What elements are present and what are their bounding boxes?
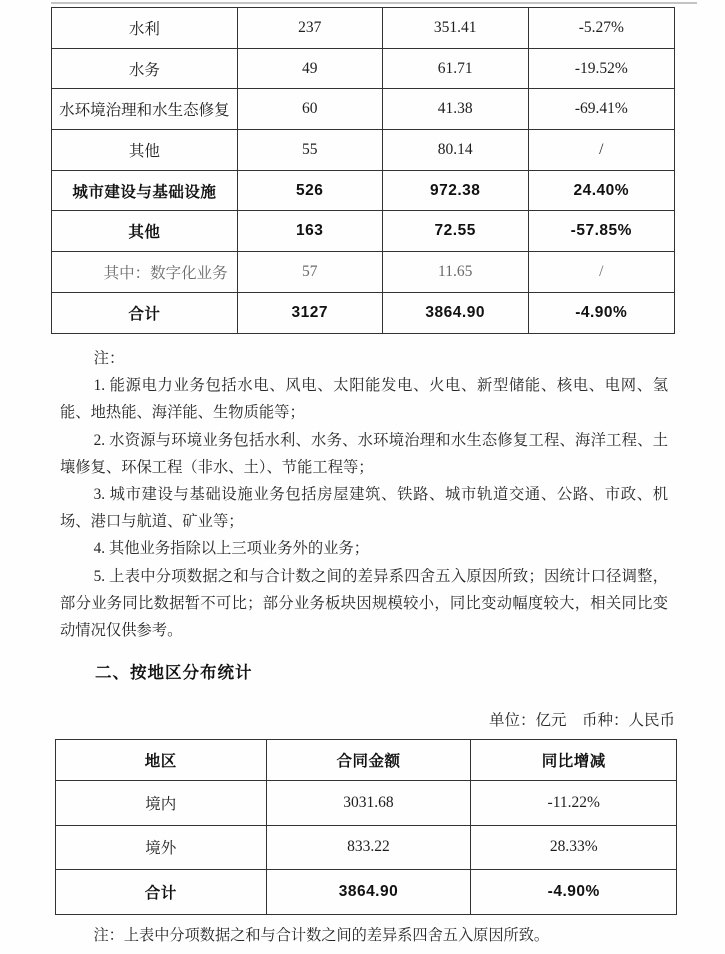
table-row: 合计 3864.90 -4.90% — [56, 870, 677, 915]
segment-yoy: -19.52% — [528, 48, 674, 89]
table-row: 水利 237 351.41 -5.27% — [52, 8, 675, 49]
segment-amount: 972.38 — [382, 170, 528, 211]
segment-amount: 11.65 — [382, 252, 528, 293]
table1-notes: 注： 1. 能源电力业务包括水电、风电、太阳能发电、火电、新型储能、核电、电网、… — [60, 345, 668, 644]
table-row: 合计 3127 3864.90 -4.90% — [52, 292, 675, 333]
region-amount: 3864.90 — [266, 870, 471, 915]
table-header-row: 地区 合同金额 同比增减 — [56, 740, 677, 781]
segment-label: 其中：数字化业务 — [52, 252, 238, 293]
table-row: 其他 55 80.14 / — [52, 130, 675, 171]
notes-label: 注： — [60, 345, 668, 372]
table-row: 其他 163 72.55 -57.85% — [52, 211, 675, 252]
table2-note: 注：上表中分项数据之和与合计数之间的差异系四舍五入原因所致。 — [60, 924, 680, 945]
segment-yoy: / — [528, 252, 674, 293]
note-item-2: 2. 水资源与环境业务包括水利、水务、水环境治理和水生态修复工程、海洋工程、土壤… — [60, 427, 668, 481]
yoy-header: 同比增减 — [471, 740, 677, 781]
cutoff-row-border-artifact — [51, 2, 697, 4]
segment-label: 其他 — [52, 211, 238, 252]
segment-yoy: -69.41% — [528, 89, 674, 130]
segment-amount: 80.14 — [382, 130, 528, 171]
segment-count: 57 — [237, 252, 382, 293]
segment-amount: 61.71 — [382, 48, 528, 89]
table-row: 水务 49 61.71 -19.52% — [52, 48, 675, 89]
region-label: 境内 — [56, 781, 267, 826]
note-item-1: 1. 能源电力业务包括水电、风电、太阳能发电、火电、新型储能、核电、电网、氢能、… — [60, 372, 668, 426]
segment-yoy: -4.90% — [528, 292, 674, 333]
region-table: 地区 合同金额 同比增减 境内 3031.68 -11.22% 境外 833.2… — [55, 739, 677, 915]
segment-label: 城市建设与基础设施 — [52, 170, 238, 211]
note-item-3: 3. 城市建设与基础设施业务包括房屋建筑、铁路、城市轨道交通、公路、市政、机场、… — [60, 481, 668, 535]
segment-count: 237 — [237, 8, 382, 49]
segment-label: 水环境治理和水生态修复 — [52, 89, 238, 130]
region-label: 境外 — [56, 825, 267, 870]
table-row: 城市建设与基础设施 526 972.38 24.40% — [52, 170, 675, 211]
segment-count: 55 — [237, 130, 382, 171]
note-item-4: 4. 其他业务指除以上三项业务外的业务； — [60, 535, 668, 562]
segment-amount: 3864.90 — [382, 292, 528, 333]
region-label: 合计 — [56, 870, 267, 915]
segment-yoy: / — [528, 130, 674, 171]
note-item-5: 5. 上表中分项数据之和与合计数之间的差异系四舍五入原因所致；因统计口径调整，部… — [60, 563, 668, 645]
segment-amount: 72.55 — [382, 211, 528, 252]
segment-count: 3127 — [237, 292, 382, 333]
region-header: 地区 — [56, 740, 267, 781]
segment-amount: 351.41 — [382, 8, 528, 49]
segment-label: 水利 — [52, 8, 238, 49]
table-row: 水环境治理和水生态修复 60 41.38 -69.41% — [52, 89, 675, 130]
segment-label: 水务 — [52, 48, 238, 89]
table-row: 其中：数字化业务 57 11.65 / — [52, 252, 675, 293]
segment-count: 60 — [237, 89, 382, 130]
region-yoy: -4.90% — [471, 870, 677, 915]
segment-amount: 41.38 — [382, 89, 528, 130]
business-segment-table: 水利 237 351.41 -5.27% 水务 49 61.71 -19.52%… — [51, 7, 675, 334]
region-amount: 3031.68 — [266, 781, 471, 826]
segment-yoy: -5.27% — [528, 8, 674, 49]
segment-yoy: 24.40% — [528, 170, 674, 211]
segment-label: 其他 — [52, 130, 238, 171]
section-heading: 二、按地区分布统计 — [95, 659, 253, 683]
segment-label: 合计 — [52, 292, 238, 333]
region-yoy: -11.22% — [471, 781, 677, 826]
segment-count: 49 — [237, 48, 382, 89]
segment-count: 526 — [237, 170, 382, 211]
table-row: 境外 833.22 28.33% — [56, 825, 677, 870]
unit-currency-line: 单位：亿元 币种：人民币 — [55, 708, 675, 730]
region-yoy: 28.33% — [471, 825, 677, 870]
table-row: 境内 3031.68 -11.22% — [56, 781, 677, 826]
document-page: 水利 237 351.41 -5.27% 水务 49 61.71 -19.52%… — [0, 0, 725, 954]
segment-count: 163 — [237, 211, 382, 252]
amount-header: 合同金额 — [266, 740, 471, 781]
region-amount: 833.22 — [266, 825, 471, 870]
segment-yoy: -57.85% — [528, 211, 674, 252]
